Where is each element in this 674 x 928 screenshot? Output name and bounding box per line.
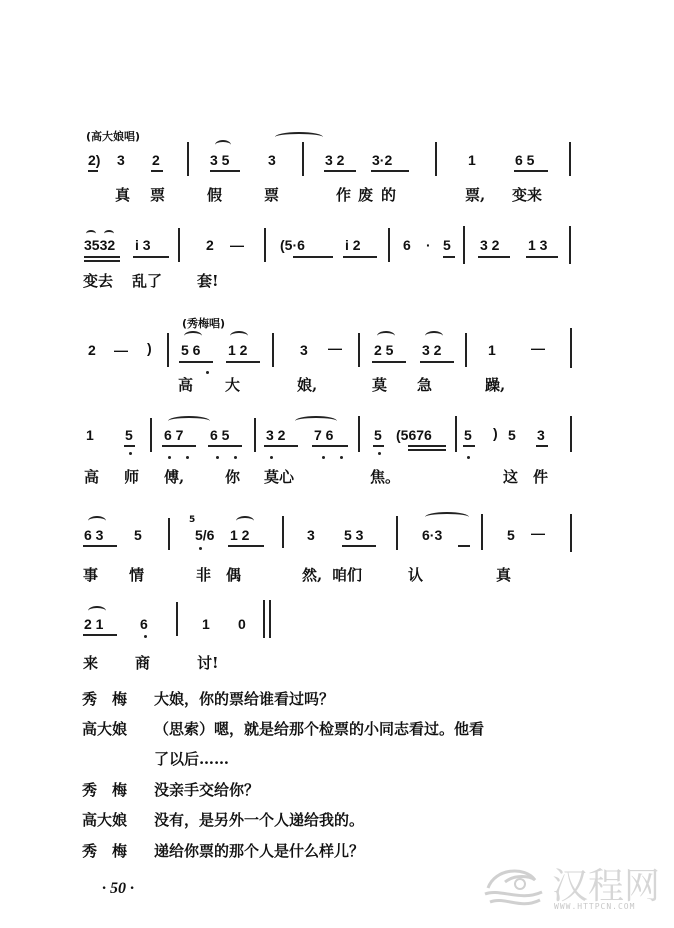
- underline: [84, 256, 120, 258]
- note: 1: [202, 616, 210, 632]
- underline: [179, 361, 213, 363]
- underline: [458, 545, 470, 547]
- slur: [168, 416, 210, 426]
- underline: [463, 445, 475, 447]
- lyric: 票: [150, 184, 165, 205]
- note: 3532: [84, 237, 115, 253]
- bar-line: [272, 333, 274, 367]
- note: ): [147, 340, 152, 356]
- bar-line: [465, 333, 467, 367]
- lyric: 套!: [197, 270, 219, 291]
- low-octave-dot: [234, 456, 237, 459]
- note: 3 5: [210, 152, 229, 168]
- bar-line: [178, 228, 180, 262]
- lyric: 大: [225, 374, 240, 395]
- note: 2: [152, 152, 160, 168]
- slur: [425, 512, 469, 522]
- underline: [162, 445, 196, 447]
- low-octave-dot: [129, 452, 132, 455]
- low-octave-dot: [186, 456, 189, 459]
- note: 2: [88, 342, 96, 358]
- note: 7 6: [314, 427, 333, 443]
- low-octave-dot: [270, 456, 273, 459]
- note: 2: [206, 237, 214, 253]
- lyric: 票,: [465, 184, 485, 205]
- lyric: 认: [408, 564, 423, 585]
- note: 5/6: [195, 527, 214, 543]
- final-bar-thin: [263, 600, 265, 638]
- lyric: 莫: [372, 374, 387, 395]
- speaker: 高大娘: [82, 718, 154, 739]
- bar-line: [570, 416, 572, 452]
- slur: [215, 140, 231, 150]
- bar-line: [455, 416, 457, 452]
- speaker: 高大娘: [82, 809, 154, 830]
- slur: [377, 331, 395, 341]
- note: 3 2: [422, 342, 441, 358]
- underline: [443, 256, 455, 258]
- lyric: 傅,: [164, 466, 184, 487]
- speech: 没有，是另外一个人递给我的。: [154, 811, 364, 829]
- page-number: · 50 ·: [102, 880, 134, 898]
- underline: [536, 445, 548, 447]
- speech: 了以后……: [154, 750, 229, 768]
- note: 6: [140, 616, 148, 632]
- lyric: 咱们: [332, 564, 362, 585]
- slur: [184, 331, 202, 341]
- low-octave-dot: [216, 456, 219, 459]
- note: 0: [238, 616, 246, 632]
- bar-line: [254, 418, 256, 452]
- note: 1: [86, 427, 94, 443]
- lyric: 废: [358, 184, 373, 205]
- bar-line: [176, 602, 178, 636]
- speech: 大娘，你的票给谁看过吗？: [154, 690, 334, 708]
- underline: [408, 449, 446, 451]
- note: (5676: [396, 427, 432, 443]
- lyric: 躁,: [485, 374, 505, 395]
- speech: 没亲手交给你？: [154, 781, 259, 799]
- speaker: 秀 梅: [82, 779, 154, 800]
- note: i 3: [135, 237, 151, 253]
- bar-line: [396, 516, 398, 550]
- bar-line: [358, 416, 360, 452]
- note: (5·6: [280, 237, 305, 253]
- note: 3: [117, 152, 125, 168]
- underline: [83, 545, 117, 547]
- note: —: [531, 525, 545, 541]
- dialogue-line: 高大娘没有，是另外一个人递给我的。: [82, 809, 364, 830]
- underline: [264, 445, 298, 447]
- underline: [133, 256, 169, 258]
- watermark-url: WWW.HTTPCN.COM: [554, 902, 635, 911]
- note: ): [493, 425, 498, 441]
- note: 5 6: [181, 342, 200, 358]
- dialogue-line: 秀 梅大娘，你的票给谁看过吗？: [82, 688, 334, 709]
- lyric: 娘,: [297, 374, 317, 395]
- speech: 递给你票的那个人是什么样儿？: [154, 842, 364, 860]
- underline: [151, 170, 163, 172]
- note: —: [328, 340, 342, 356]
- note: 5: [374, 427, 382, 443]
- speaker: 秀 梅: [82, 840, 154, 861]
- lyric: 急: [417, 374, 432, 395]
- lyric: 作: [336, 184, 351, 205]
- bar-line: [302, 142, 304, 176]
- underline: [88, 170, 98, 172]
- note: 6 5: [515, 152, 534, 168]
- lyric: 的: [381, 184, 396, 205]
- underline: [208, 445, 242, 447]
- low-octave-dot: [168, 456, 171, 459]
- bar-line: [569, 226, 571, 264]
- note: 5: [443, 237, 451, 253]
- slur: [88, 516, 106, 526]
- low-octave-dot: [322, 456, 325, 459]
- low-octave-dot: [144, 635, 147, 638]
- dialogue-line: 秀 梅递给你票的那个人是什么样儿？: [82, 840, 364, 861]
- note: 3: [268, 152, 276, 168]
- underline: [343, 256, 377, 258]
- lyric: 变来: [512, 184, 542, 205]
- watermark-logo-icon: [480, 858, 550, 912]
- lyric: 真: [496, 564, 511, 585]
- note: 2 5: [374, 342, 393, 358]
- lyric: 非: [196, 564, 211, 585]
- lyric: 来: [83, 652, 98, 673]
- final-bar-thick: [269, 600, 271, 638]
- bar-line: [388, 228, 390, 262]
- underline: [342, 545, 376, 547]
- dialogue-line: 高大娘（思索）嗯，就是给那个检票的小同志看过。他看: [82, 718, 484, 739]
- underline: [83, 634, 117, 636]
- bar-line: [187, 142, 189, 176]
- underline: [124, 445, 135, 447]
- bar-line: [481, 514, 483, 550]
- bar-line: [570, 328, 572, 368]
- note: 1 2: [230, 527, 249, 543]
- underline: [408, 445, 446, 447]
- bar-line: [167, 333, 169, 367]
- underline: [373, 445, 384, 447]
- bar-line: [569, 142, 571, 176]
- note: 6·3: [422, 527, 442, 543]
- lyric: 然,: [302, 564, 322, 585]
- lyric: 变去: [83, 270, 113, 291]
- low-octave-dot: [467, 456, 470, 459]
- underline: [293, 256, 333, 258]
- speaker: 秀 梅: [82, 688, 154, 709]
- note: 5: [125, 427, 133, 443]
- underline: [228, 545, 264, 547]
- underline: [312, 445, 348, 447]
- lyric: 高: [84, 466, 99, 487]
- low-octave-dot: [340, 456, 343, 459]
- lyric: 件: [533, 466, 548, 487]
- lyric: 假: [207, 184, 222, 205]
- slur: [230, 331, 248, 341]
- note: 3·2: [372, 152, 392, 168]
- lyric: 讨!: [197, 652, 219, 673]
- note: 3: [537, 427, 545, 443]
- note: 5: [508, 427, 516, 443]
- lyric: 焦。: [370, 466, 400, 487]
- underline: [514, 170, 548, 172]
- note: 6: [403, 237, 411, 253]
- bar-line: [435, 142, 437, 176]
- slur: [236, 516, 254, 526]
- note: 5 3: [344, 527, 363, 543]
- note: 6 5: [210, 427, 229, 443]
- note: 2 1: [84, 616, 103, 632]
- grace-note: 5: [189, 515, 195, 525]
- note: 5: [134, 527, 142, 543]
- bar-line: [570, 514, 572, 552]
- note: 1 3: [528, 237, 547, 253]
- slur: [88, 606, 106, 616]
- lyric: 真: [115, 184, 130, 205]
- bar-line: [264, 228, 266, 262]
- note: —: [230, 237, 244, 253]
- note: 5: [507, 527, 515, 543]
- note: 5: [464, 427, 472, 443]
- dialogue-line: 了以后……: [82, 748, 229, 769]
- watermark: 汉程网 WWW.HTTPCN.COM: [480, 858, 550, 912]
- note: 3 2: [266, 427, 285, 443]
- lyric: 莫心: [264, 466, 294, 487]
- lyric: 你: [225, 466, 240, 487]
- note: 3: [300, 342, 308, 358]
- underline: [372, 361, 406, 363]
- bar-line: [358, 333, 360, 367]
- speech: （思索）嗯，就是给那个检票的小同志看过。他看: [154, 720, 484, 738]
- underline: [371, 170, 409, 172]
- lyric: 票: [264, 184, 279, 205]
- low-octave-dot: [199, 547, 202, 550]
- underline: [420, 361, 454, 363]
- note: —: [531, 340, 545, 356]
- lyric: 乱了: [132, 270, 162, 291]
- slur: [295, 416, 337, 426]
- note: 6 3: [84, 527, 103, 543]
- note: 1: [488, 342, 496, 358]
- lyric: 高: [178, 374, 193, 395]
- bar-line: [150, 418, 152, 452]
- underline: [526, 256, 558, 258]
- bar-line: [282, 516, 284, 548]
- underline: [84, 260, 120, 262]
- lyric: 这: [503, 466, 518, 487]
- singer-label: (高大娘唱): [86, 128, 140, 144]
- low-octave-dot: [206, 371, 209, 374]
- dialogue-line: 秀 梅没亲手交给你？: [82, 779, 259, 800]
- underline: [324, 170, 356, 172]
- underline: [478, 256, 510, 258]
- lyric: 偶: [226, 564, 241, 585]
- lyric: 情: [129, 564, 144, 585]
- note: 3 2: [325, 152, 344, 168]
- bar-line: [168, 518, 170, 550]
- lyric: 商: [135, 652, 150, 673]
- note: ·: [426, 237, 431, 253]
- note: i 2: [345, 237, 361, 253]
- tie: [275, 132, 323, 142]
- lyric: 师: [124, 466, 139, 487]
- singer-label: (秀梅唱): [182, 315, 225, 331]
- note: 2): [88, 152, 100, 168]
- bar-line: [463, 226, 465, 264]
- slur: [86, 230, 96, 237]
- slur: [104, 230, 114, 237]
- note: 3: [307, 527, 315, 543]
- note: 3 2: [480, 237, 499, 253]
- slur: [425, 331, 443, 341]
- note: 1 2: [228, 342, 247, 358]
- underline: [226, 361, 260, 363]
- underline: [210, 170, 240, 172]
- note: 6 7: [164, 427, 183, 443]
- lyric: 事: [83, 564, 98, 585]
- note: 1: [468, 152, 476, 168]
- low-octave-dot: [378, 452, 381, 455]
- note: —: [114, 342, 128, 358]
